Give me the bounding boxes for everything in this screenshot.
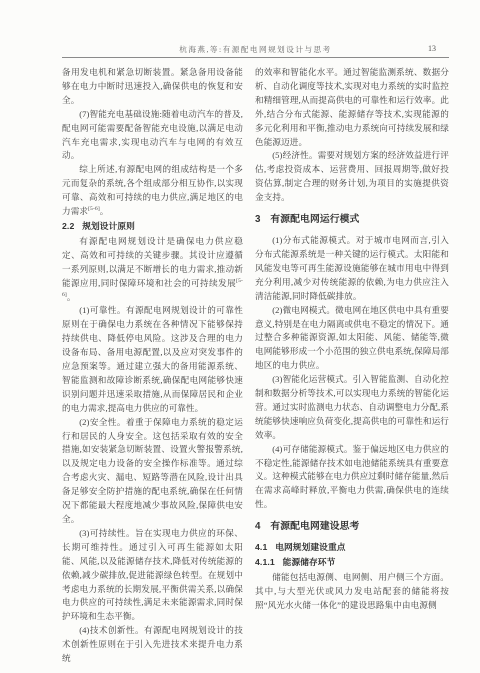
paragraph: 有源配电网规划设计是确保电力供应稳定、高效和可持续的关键步骤。其设计应遵循一系列…	[62, 235, 243, 305]
heading-number: 2.2	[62, 221, 74, 231]
paper-page: 杭海燕,等:有源配电网规划设计与思考 13 备用发电机和紧急切断装置。紧急备用设…	[0, 0, 480, 673]
heading-number: 3	[255, 214, 261, 225]
paragraph: (3)可持续性。旨在实现电力供应的环保、长期可维持性。通过引入可再生能源如太阳能…	[62, 527, 243, 624]
paragraph: 综上所述,有源配电网的组成结构是一个多元而复杂的系统,各个组成部分相互协作,以实…	[62, 163, 243, 219]
citation-ref: [5-6]	[88, 206, 100, 212]
paragraph: (3)智能化运营模式。引入智能监测、自动化控制和数据分析等技术,可以实现电力系统…	[255, 373, 449, 443]
page-content: 杭海燕,等:有源配电网规划设计与思考 13 备用发电机和紧急切断装置。紧急备用设…	[62, 44, 449, 666]
page-number: 13	[428, 44, 436, 53]
section-heading-2.2: 2.2规划设计原则	[62, 220, 243, 234]
paragraph: 的效率和智能化水平。通过智能监测系统、数据分析、自动化调度等技术,实现对电力系统…	[255, 66, 449, 149]
heading-number: 4.1	[255, 542, 267, 552]
heading-number: 4.1.1	[255, 557, 275, 567]
paragraph: (5)经济性。需要对规划方案的经济效益进行评估,考虑投资成本、运营费用、回报周期…	[255, 149, 449, 205]
paragraph: (4)技术创新性。有源配电网规划设计的技术创新性原则在于引入先进技术来提升电力系…	[62, 624, 243, 666]
paragraph: (7)智能充电基础设施:随着电动汽车的普及,配电网可能需要配备智能充电设施,以满…	[62, 108, 243, 164]
paragraph: (4)可存储能源模式。鉴于偏远地区电力供应的不稳定性,能源储存技术如电池储能系统…	[255, 443, 449, 513]
section-heading-4: 4有源配电网建设思考	[255, 520, 449, 534]
paragraph: (2)安全性。着重于保障电力系统的稳定运行和居民的人身安全。这包括采取有效的安全…	[62, 416, 243, 527]
paragraph: (1)分布式能源模式。对于城市电网而言,引入分布式能源系统是一种关键的运行模式。…	[255, 234, 449, 304]
heading-title: 有源配电网建设思考	[270, 521, 359, 532]
running-header: 杭海燕,等:有源配电网规划设计与思考 13	[62, 44, 449, 56]
heading-title: 能源储存环节	[283, 557, 336, 567]
header-rule	[62, 57, 449, 58]
running-header-title: 杭海燕,等:有源配电网规划设计与思考	[179, 45, 332, 54]
section-heading-4.1: 4.1电网规划建设重点	[255, 541, 449, 555]
heading-number: 4	[255, 521, 261, 532]
heading-title: 电网规划建设重点	[275, 542, 345, 552]
paragraph: 储能包括电源侧、电网侧、用户侧三个方面。其中,与大型光伏或风力发电站配套的储能将…	[255, 571, 449, 613]
section-heading-3: 3有源配电网运行模式	[255, 213, 449, 227]
two-column-body: 备用发电机和紧急切断装置。紧急备用设备能够在电力中断时迅速投入,确保供电的恢复和…	[62, 66, 449, 666]
paragraph: (1)可靠性。有源配电网规划设计的可靠性原则在于确保电力系统在各种情况下能够保持…	[62, 304, 243, 415]
column-left: 备用发电机和紧急切断装置。紧急备用设备能够在电力中断时迅速投入,确保供电的恢复和…	[62, 66, 243, 666]
column-right: 的效率和智能化水平。通过智能监测系统、数据分析、自动化调度等技术,实现对电力系统…	[255, 66, 449, 666]
paragraph: (2)微电网模式。微电网在地区供电中具有重要意义,特别是在电力隔离或供电不稳定的…	[255, 304, 449, 374]
paragraph: 备用发电机和紧急切断装置。紧急备用设备能够在电力中断时迅速投入,确保供电的恢复和…	[62, 66, 243, 108]
heading-title: 规划设计原则	[82, 221, 135, 231]
citation-ref: [5-6]	[62, 278, 243, 298]
heading-title: 有源配电网运行模式	[270, 214, 359, 225]
section-heading-4.1.1: 4.1.1能源储存环节	[255, 556, 449, 570]
